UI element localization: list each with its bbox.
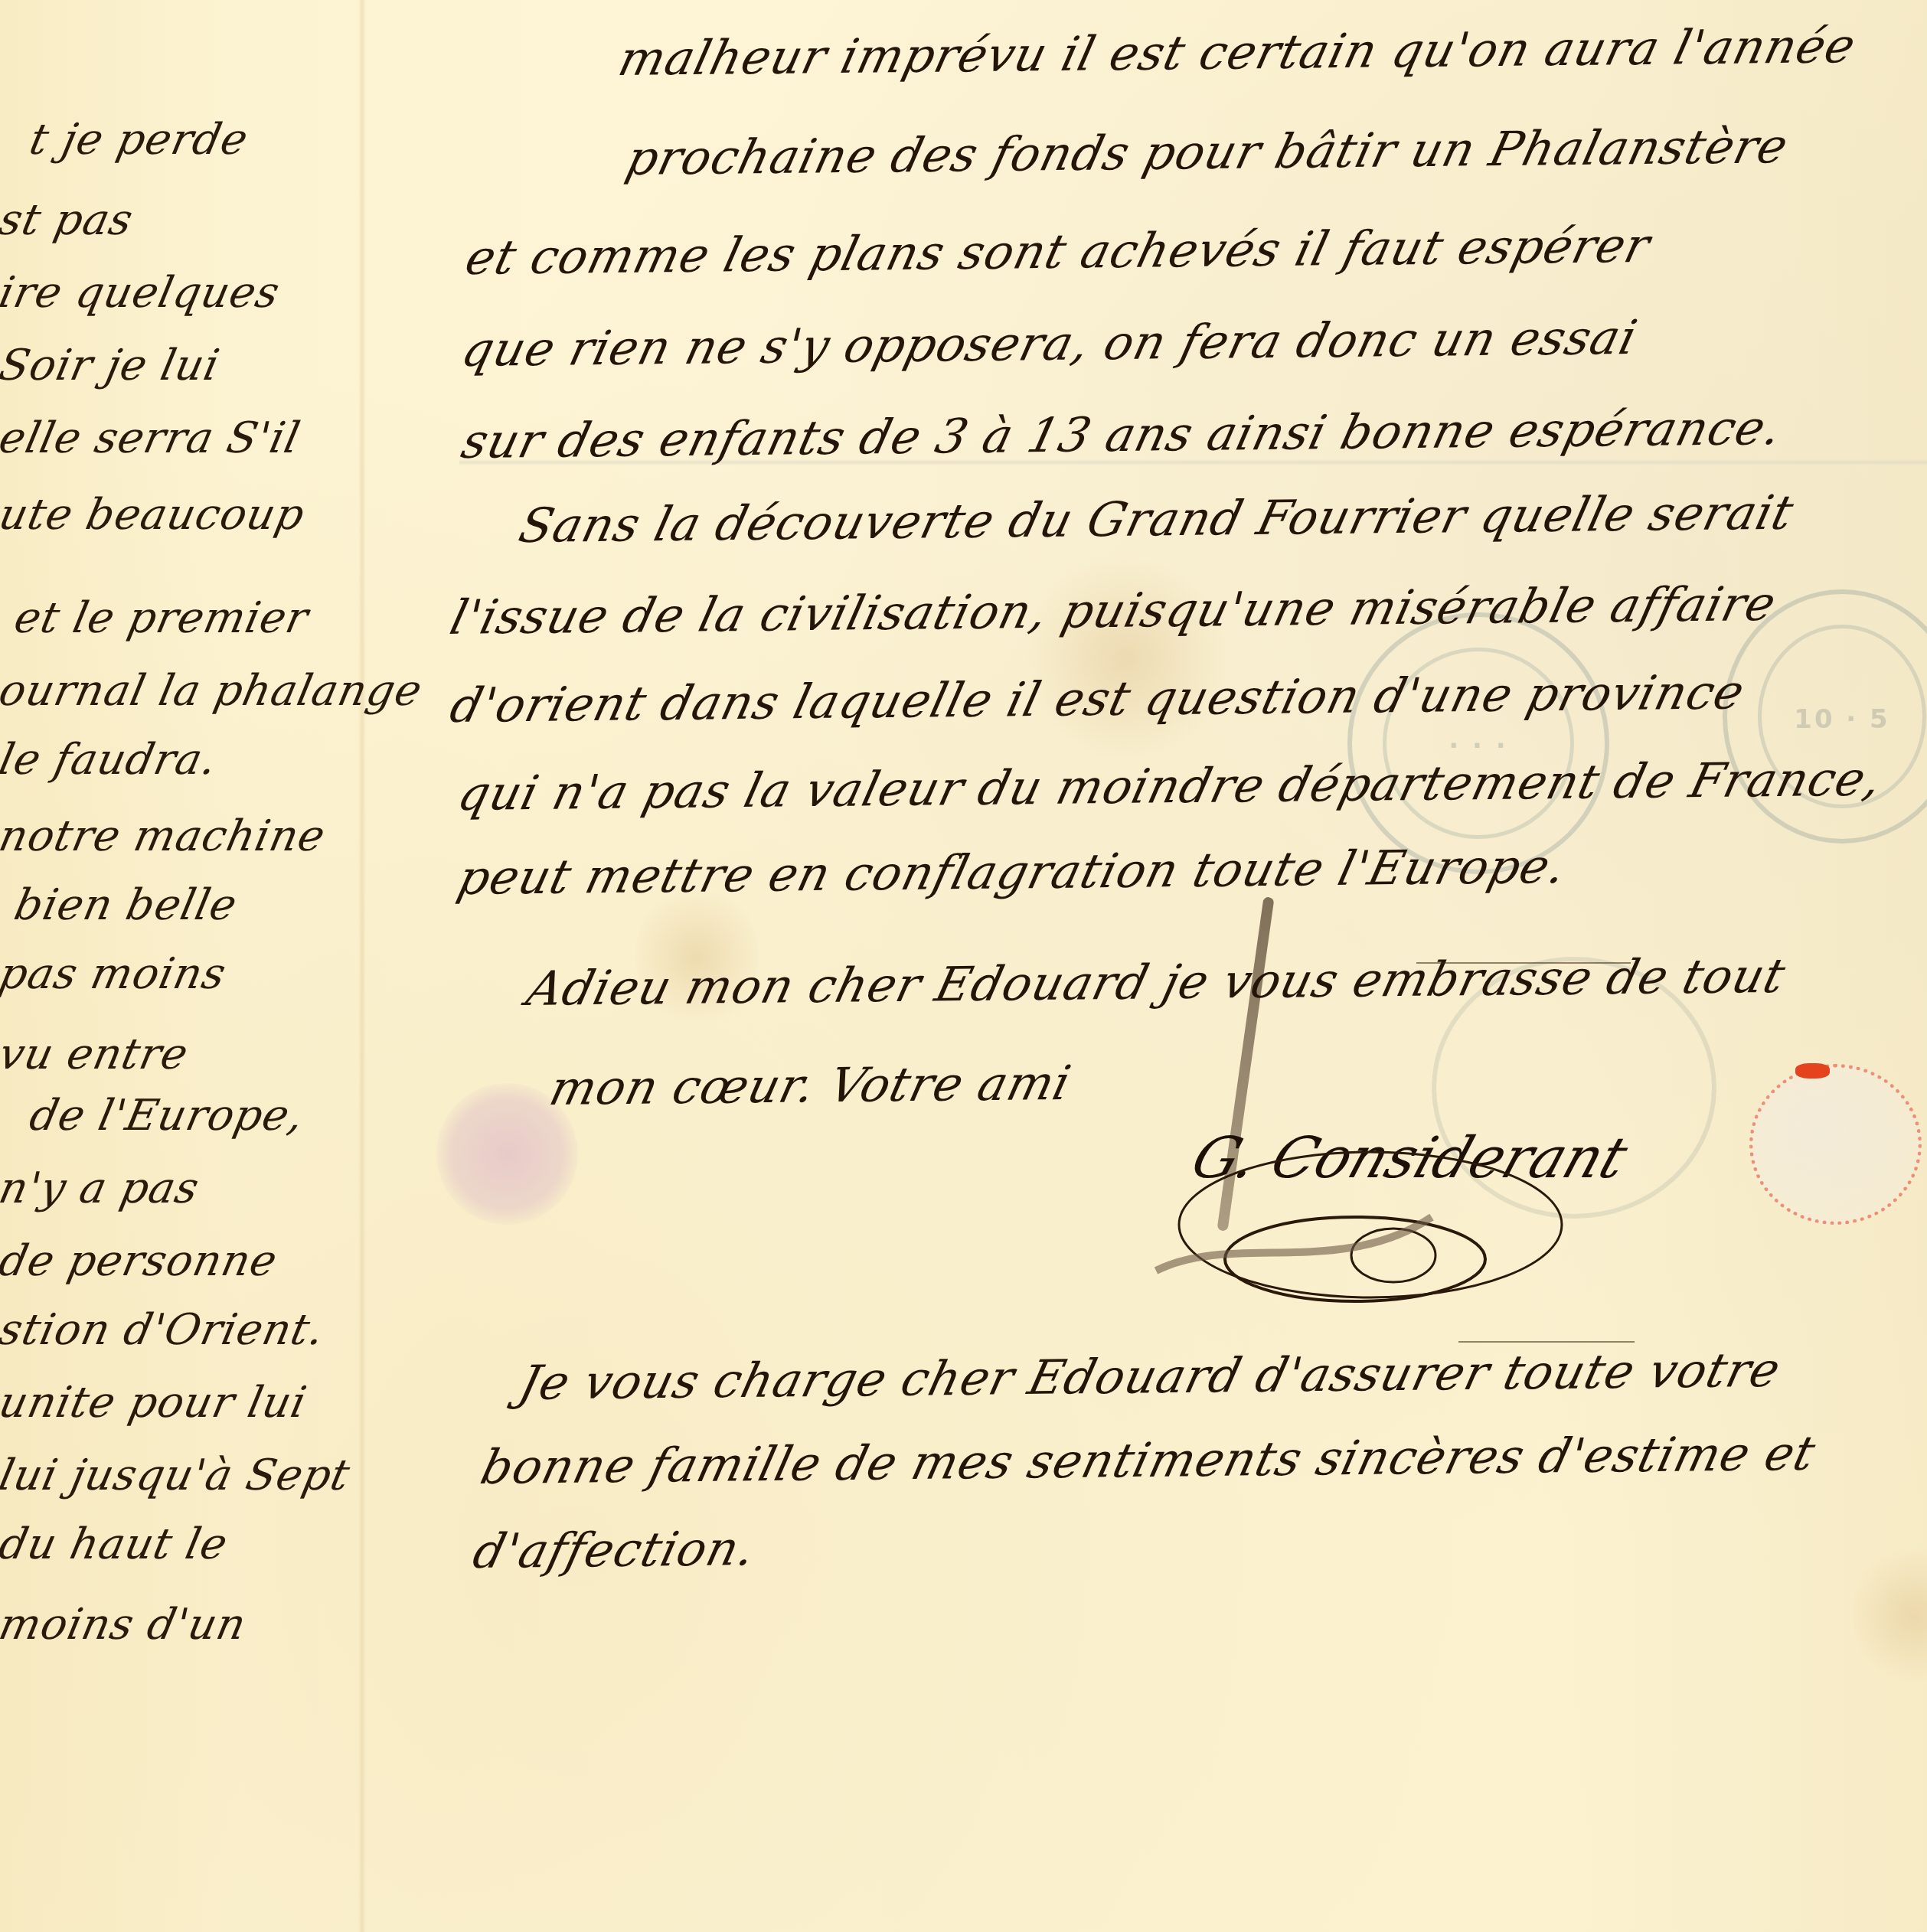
left-line: ute beaucoup	[0, 490, 309, 540]
left-line: moins d'un	[0, 1600, 251, 1650]
left-line: t je perde	[25, 115, 253, 165]
left-line: du haut le	[0, 1519, 233, 1569]
left-line: le faudra.	[0, 735, 222, 785]
left-line: ire quelques	[0, 268, 284, 318]
left-line: Soir je lui	[0, 341, 224, 390]
left-line: et le premier	[10, 593, 313, 643]
left-line: ournal la phalange	[0, 666, 426, 716]
left-line: pas moins	[0, 949, 230, 999]
left-line: bien belle	[10, 880, 242, 930]
left-line: notre machine	[0, 811, 330, 861]
letter-line: mon cœur. Votre ami	[544, 1055, 1076, 1116]
left-line: de personne	[0, 1236, 282, 1286]
vertical-fold-crease	[358, 0, 366, 1932]
signature-flourish	[1141, 1125, 1600, 1324]
postmark-stamp-center: · · ·	[1347, 612, 1609, 874]
letter-line: peut mettre en conflagration toute l'Eur…	[452, 838, 1572, 906]
left-line: vu entre	[0, 1030, 193, 1079]
left-line: unite pour lui	[0, 1378, 311, 1428]
left-line: lui jusqu'à Sept	[0, 1451, 354, 1500]
left-line: stion d'Orient.	[0, 1305, 329, 1355]
left-line: n'y a pas	[0, 1163, 204, 1213]
left-line: de l'Europe,	[25, 1091, 309, 1141]
postscript-line: d'affection.	[468, 1520, 761, 1579]
red-wax-seal	[1749, 1064, 1922, 1225]
t-bar-stroke	[1458, 1341, 1635, 1343]
left-line: st pas	[0, 195, 138, 245]
t-bar-stroke	[1416, 962, 1631, 964]
left-line: elle serra S'il	[0, 413, 305, 463]
